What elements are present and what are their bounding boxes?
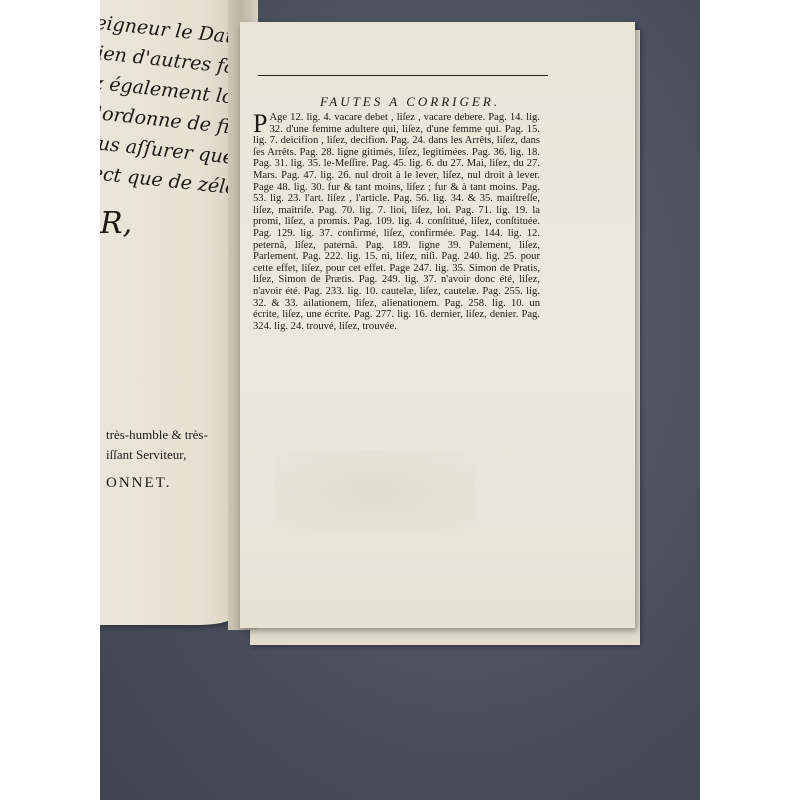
signature-name: ONNET. bbox=[106, 473, 208, 493]
book-photo: ſeigneur le Dauphin bien d'autres faits,… bbox=[100, 0, 700, 800]
left-page: ſeigneur le Dauphin bien d'autres faits,… bbox=[100, 0, 240, 625]
paper-texture bbox=[275, 450, 475, 530]
heading-rule bbox=[258, 75, 548, 76]
closing-line: iſſant Serviteur, bbox=[106, 445, 208, 465]
closing-signature: très-humble & très- iſſant Serviteur, ON… bbox=[106, 425, 208, 493]
left-page-text: ſeigneur le Dauphin bien d'autres faits,… bbox=[100, 8, 234, 201]
left-large-letter: R, bbox=[100, 206, 132, 241]
closing-line: très-humble & très- bbox=[106, 425, 208, 445]
errata-heading: FAUTES A CORRIGER. bbox=[260, 94, 560, 110]
drop-cap: P bbox=[253, 113, 267, 135]
errata-text-block: PAge 12. lig. 4. vacare debet , liſez , … bbox=[253, 112, 540, 332]
errata-text: Age 12. lig. 4. vacare debet , liſez , v… bbox=[253, 112, 540, 332]
